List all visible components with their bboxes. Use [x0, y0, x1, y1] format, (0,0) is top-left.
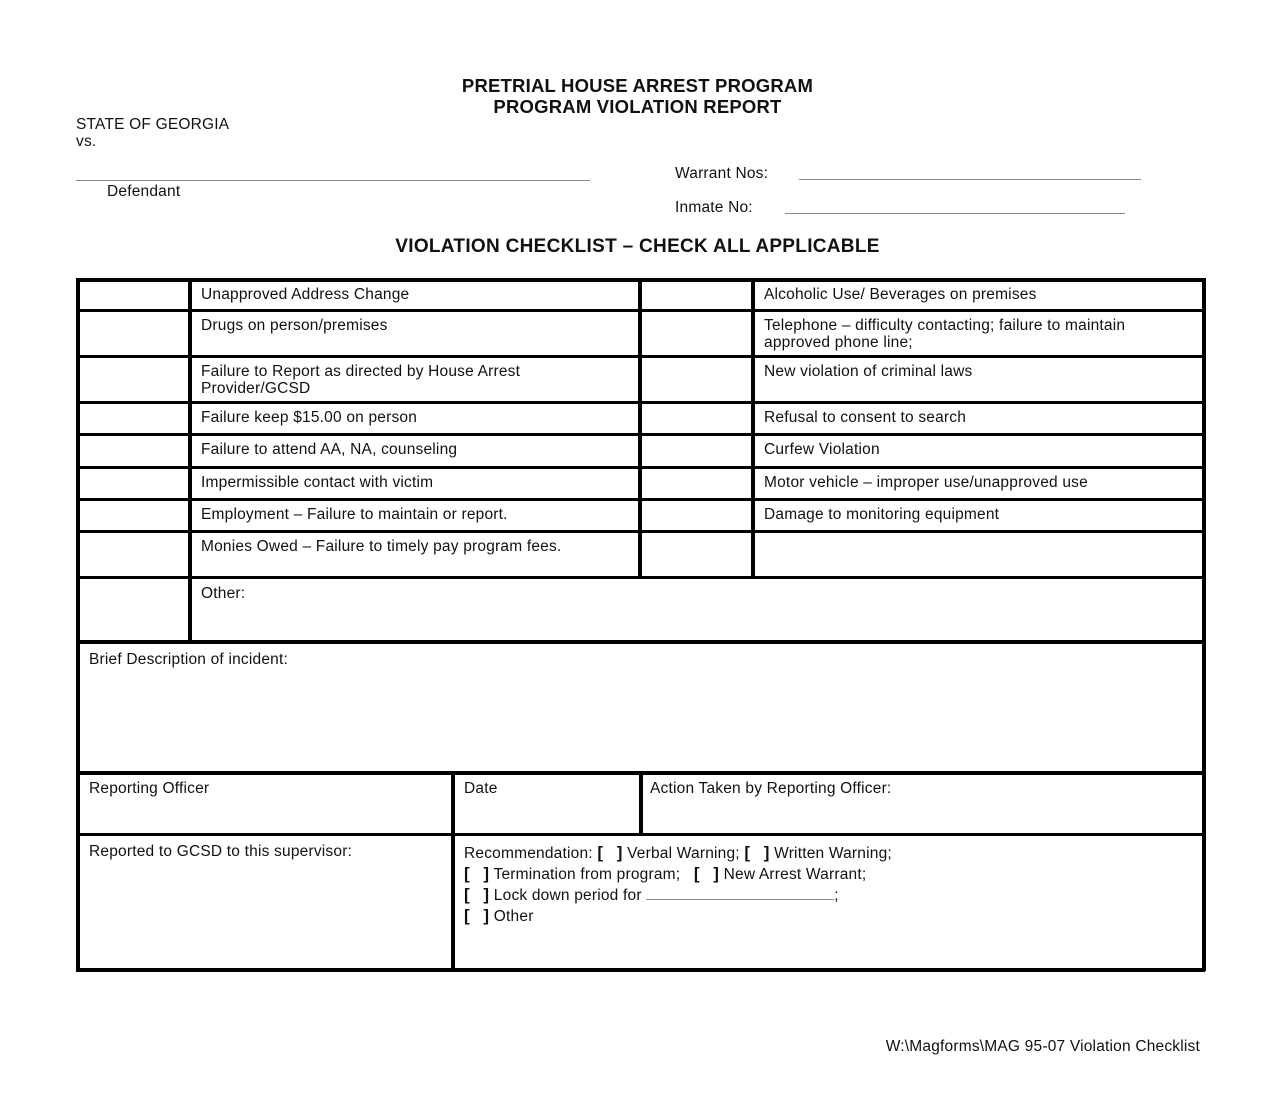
- violation-label-left: Monies Owed – Failure to timely pay prog…: [201, 538, 631, 555]
- violation-label-right: Refusal to consent to search: [764, 409, 1189, 426]
- violation-label-left: Unapproved Address Change: [201, 286, 631, 303]
- action-taken-label: Action Taken by Reporting Officer:: [650, 780, 891, 797]
- checkbox-lockdown[interactable]: [ ]: [464, 887, 489, 904]
- checkbox-right-7[interactable]: [642, 533, 750, 576]
- defendant-field[interactable]: [76, 180, 590, 181]
- lockdown-period-field[interactable]: [646, 887, 834, 900]
- violation-label-left: Drugs on person/premises: [201, 317, 631, 334]
- supervisor-label: Reported to GCSD to this supervisor:: [89, 843, 352, 860]
- violation-label-left: Employment – Failure to maintain or repo…: [201, 506, 631, 523]
- violation-label-right: Damage to monitoring equipment: [764, 506, 1189, 523]
- table-rule: [188, 278, 192, 643]
- table-rule: [751, 278, 755, 579]
- violation-label-right: Motor vehicle – improper use/unapproved …: [764, 474, 1189, 491]
- checkbox-new-arrest-warrant[interactable]: [ ]: [694, 866, 719, 883]
- warrant-field[interactable]: [799, 179, 1141, 180]
- recommendation-line-1: Recommendation: [ ] Verbal Warning; [ ] …: [464, 843, 892, 863]
- warrant-label: Warrant Nos:: [675, 165, 768, 183]
- incident-description-field[interactable]: [80, 670, 1198, 768]
- checkbox-right-1[interactable]: [642, 312, 750, 355]
- checkbox-written-warning[interactable]: [ ]: [744, 845, 769, 862]
- checkbox-left-4[interactable]: [80, 436, 188, 466]
- checkbox-right-4[interactable]: [642, 436, 750, 466]
- violation-label-right: Alcoholic Use/ Beverages on premises: [764, 286, 1189, 303]
- violation-label-left: Failure keep $15.00 on person: [201, 409, 631, 426]
- checkbox-left-5[interactable]: [80, 469, 188, 498]
- checkbox-left-0[interactable]: [80, 281, 188, 309]
- state-label: STATE OF GEORGIA: [76, 116, 229, 134]
- report-title-line1: PRETRIAL HOUSE ARREST PROGRAM: [0, 75, 1275, 97]
- table-rule: [639, 771, 643, 836]
- other-recommendation-label: Other: [494, 908, 534, 925]
- checkbox-other[interactable]: [80, 580, 188, 638]
- termination-label: Termination from program;: [494, 866, 681, 883]
- date-label: Date: [464, 780, 498, 797]
- inmate-field[interactable]: [785, 213, 1125, 214]
- report-title-line2: PROGRAM VIOLATION REPORT: [0, 96, 1275, 118]
- new-arrest-warrant-label: New Arrest Warrant;: [724, 866, 867, 883]
- vs-label: vs.: [76, 133, 96, 151]
- violation-label-right: Telephone – difficulty contacting; failu…: [764, 317, 1189, 351]
- table-rule: [76, 968, 1205, 972]
- violation-label-right: New violation of criminal laws: [764, 363, 1189, 380]
- violation-label-left: Failure to Report as directed by House A…: [201, 363, 631, 397]
- recommendation-line-2: [ ] Termination from program; [ ] New Ar…: [464, 864, 866, 884]
- checkbox-other-recommendation[interactable]: [ ]: [464, 908, 489, 925]
- table-rule: [451, 771, 455, 971]
- checkbox-left-1[interactable]: [80, 312, 188, 355]
- checkbox-verbal-warning[interactable]: [ ]: [597, 845, 622, 862]
- table-rule: [1202, 278, 1206, 971]
- recommendation-line-3: [ ] Lock down period for ;: [464, 885, 839, 905]
- recommendation-label: Recommendation:: [464, 845, 593, 862]
- checkbox-left-7[interactable]: [80, 533, 188, 576]
- checkbox-left-3[interactable]: [80, 404, 188, 433]
- checkbox-right-0[interactable]: [642, 281, 750, 309]
- checkbox-right-3[interactable]: [642, 404, 750, 433]
- reporting-officer-label: Reporting Officer: [89, 780, 209, 797]
- violation-label-right: Curfew Violation: [764, 441, 1189, 458]
- lockdown-label: Lock down period for: [494, 887, 642, 904]
- incident-description-label: Brief Description of incident:: [89, 651, 288, 668]
- checkbox-right-5[interactable]: [642, 469, 750, 498]
- defendant-label: Defendant: [107, 183, 180, 201]
- checkbox-right-6[interactable]: [642, 501, 750, 530]
- recommendation-line-4: [ ] Other: [464, 906, 534, 926]
- verbal-warning-label: Verbal Warning;: [627, 845, 740, 862]
- file-path-footer: W:\Magforms\MAG 95-07 Violation Checklis…: [886, 1038, 1200, 1056]
- violation-label-left: Failure to attend AA, NA, counseling: [201, 441, 631, 458]
- lockdown-suffix: ;: [834, 887, 839, 904]
- checkbox-left-6[interactable]: [80, 501, 188, 530]
- checkbox-right-2[interactable]: [642, 358, 750, 401]
- checkbox-left-2[interactable]: [80, 358, 188, 401]
- other-label: Other:: [201, 585, 245, 602]
- checkbox-termination[interactable]: [ ]: [464, 866, 489, 883]
- violation-label-left: Impermissible contact with victim: [201, 474, 631, 491]
- inmate-label: Inmate No:: [675, 199, 753, 217]
- written-warning-label: Written Warning;: [774, 845, 892, 862]
- checklist-heading: VIOLATION CHECKLIST – CHECK ALL APPLICAB…: [0, 236, 1275, 258]
- table-rule: [76, 640, 1205, 644]
